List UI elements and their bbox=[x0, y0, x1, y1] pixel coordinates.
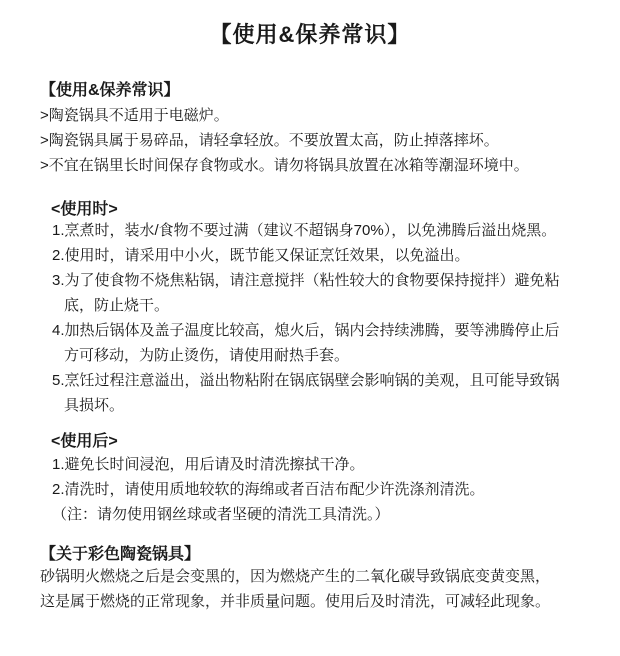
list-item: 2.使用时，请采用中小火，既节能又保证烹饪效果，以免溢出。 bbox=[52, 243, 620, 268]
list-item-note: （注：请勿使用钢丝球或者坚硬的清洗工具清洗。） bbox=[52, 502, 620, 527]
paragraph-line: 砂锅明火燃烧之后是会变黑的，因为燃烧产生的二氧化碳导致锅底变黄变黑， bbox=[40, 564, 620, 589]
list-item-continuation: 底，防止烧干。 bbox=[64, 293, 620, 318]
list-item: 1.烹煮时，装水/食物不要过满（建议不超锅身70%），以免沸腾后溢出烧黑。 bbox=[52, 218, 620, 243]
colored-pot-paragraph: 砂锅明火燃烧之后是会变黑的，因为燃烧产生的二氧化碳导致锅底变黄变黑， 这是属于燃… bbox=[40, 564, 620, 614]
during-use-list: 1.烹煮时，装水/食物不要过满（建议不超锅身70%），以免沸腾后溢出烧黑。 2.… bbox=[52, 218, 620, 418]
list-item: 5.烹饪过程注意溢出，溢出物粘附在锅底锅壁会影响锅的美观，且可能导致锅 bbox=[52, 368, 620, 393]
paragraph-line: 这是属于燃烧的正常现象，并非质量问题。使用后及时清洗，可减轻此现象。 bbox=[40, 589, 620, 614]
intro-bullet-list: >陶瓷锅具不适用于电磁炉。 >陶瓷锅具属于易碎品，请轻拿轻放。不要放置太高，防止… bbox=[40, 103, 620, 178]
care-instructions-page: 【使用&保养常识】 【使用&保养常识】 >陶瓷锅具不适用于电磁炉。 >陶瓷锅具属… bbox=[0, 0, 620, 656]
intro-bullet: >不宜在锅里长时间保存食物或水。请勿将锅具放置在冰箱等潮湿环境中。 bbox=[40, 153, 620, 178]
list-item-continuation: 具损坏。 bbox=[64, 393, 620, 418]
intro-bullet: >陶瓷锅具属于易碎品，请轻拿轻放。不要放置太高，防止掉落摔坏。 bbox=[40, 128, 620, 153]
list-item: 3.为了使食物不烧焦粘锅，请注意搅拌（粘性较大的食物要保持搅拌）避免粘 bbox=[52, 268, 620, 293]
list-item: 2.清洗时，请使用质地较软的海绵或者百洁布配少许洗涤剂清洗。 bbox=[52, 477, 620, 502]
page-title: 【使用&保养常识】 bbox=[0, 21, 620, 49]
list-item: 1.避免长时间浸泡，用后请及时清洗擦拭干净。 bbox=[52, 452, 620, 477]
list-item-continuation: 方可移动，为防止烫伤，请使用耐热手套。 bbox=[64, 343, 620, 368]
intro-bullet: >陶瓷锅具不适用于电磁炉。 bbox=[40, 103, 620, 128]
section-heading-usage-care: 【使用&保养常识】 bbox=[40, 78, 620, 103]
list-item: 4.加热后锅体及盖子温度比较高，熄火后，锅内会持续沸腾，要等沸腾停止后 bbox=[52, 318, 620, 343]
section-heading-after-use: <使用后> bbox=[51, 429, 620, 454]
after-use-list: 1.避免长时间浸泡，用后请及时清洗擦拭干净。 2.清洗时，请使用质地较软的海绵或… bbox=[52, 452, 620, 527]
